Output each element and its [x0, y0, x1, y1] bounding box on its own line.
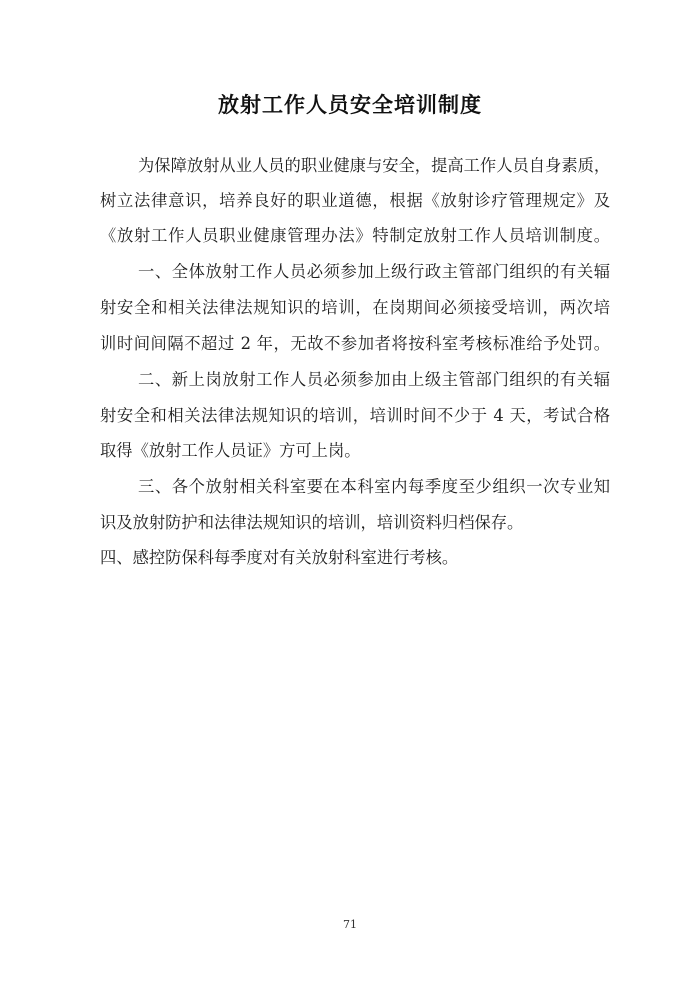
paragraph-item-1-line-1: 一、全体放射工作人员必须参加上级行政主管部门组织的有关辐	[138, 258, 610, 282]
paragraph-intro-line-2: 树立法律意识，培养良好的职业道德，根据《放射诊疗管理规定》及	[100, 187, 610, 211]
paragraph-item-1-line-3: 训时间间隔不超过 2 年，无故不参加者将按科室考核标准给予处罚。	[100, 330, 610, 354]
paragraph-item-2-line-2: 射安全和相关法律法规知识的培训，培训时间不少于 4 天，考试合格	[100, 402, 610, 426]
paragraph-item-2-line-1: 二、新上岗放射工作人员必须参加由上级主管部门组织的有关辐	[138, 366, 610, 390]
document-title: 放射工作人员安全培训制度	[0, 89, 700, 119]
paragraph-item-4-line-1: 四、感控防保科每季度对有关放射科室进行考核。	[100, 544, 610, 568]
page-number: 71	[0, 918, 700, 931]
paragraph-item-3-line-2: 识及放射防护和法律法规知识的培训，培训资料归档保存。	[100, 509, 610, 533]
paragraph-item-3-line-1: 三、各个放射相关科室要在本科室内每季度至少组织一次专业知	[138, 473, 610, 497]
paragraph-intro-line-3: 《放射工作人员职业健康管理办法》特制定放射工作人员培训制度。	[100, 222, 610, 246]
paragraph-intro-line-1: 为保障放射从业人员的职业健康与安全，提高工作人员自身素质，	[138, 152, 610, 176]
paragraph-item-2-line-3: 取得《放射工作人员证》方可上岗。	[100, 437, 610, 461]
paragraph-item-1-line-2: 射安全和相关法律法规知识的培训，在岗期间必须接受培训，两次培	[100, 294, 610, 318]
